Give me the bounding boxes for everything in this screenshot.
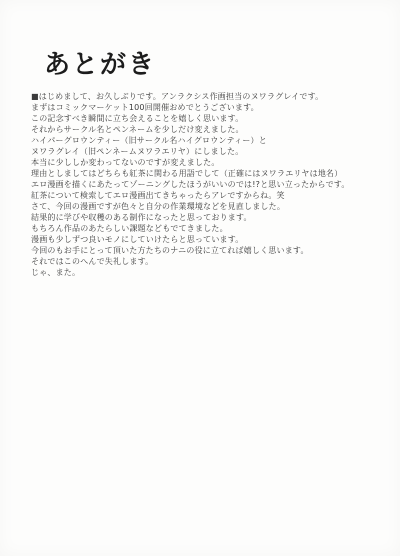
afterword-line: 結果的に学びや収穫のある制作になったと思っております。	[31, 212, 371, 223]
afterword-line: ハイパーグロウンティー（旧サークル名ハイグロウンティー）と	[31, 135, 371, 146]
afterword-line: 紅茶について検索してエロ漫画出てきちゃったらアレですからね。笑	[31, 190, 371, 201]
afterword-line: まずはコミックマーケット100回開催おめでとうございます。	[31, 102, 371, 113]
afterword-line: 理由としましてはどちらも紅茶に関わる用語でして（正確にはヌワラエリヤは地名）	[31, 168, 371, 179]
afterword-line: もちろん作品のあたらしい課題などもでてきました。	[31, 223, 371, 234]
afterword-line: じゃ、また。	[31, 267, 371, 278]
afterword-line: ■はじめまして、お久しぶりです。アンラクシス作画担当のヌワラグレイです。	[31, 91, 371, 102]
afterword-page: あとがき ■はじめまして、お久しぶりです。アンラクシス作画担当のヌワラグレイです…	[0, 0, 400, 556]
afterword-line: さて、今回の漫画ですが色々と自分の作業環境などを見直しました。	[31, 201, 371, 212]
page-title: あとがき	[44, 44, 156, 81]
afterword-line: この記念すべき瞬間に立ち会えることを嬉しく思います。	[31, 113, 371, 124]
afterword-line: ヌワラグレイ（旧ペンネームヌワラエリヤ）にしました。	[31, 146, 371, 157]
afterword-line: エロ漫画を描くにあたってゾーニングしたほうがいいのでは!?と思い立ったからです。	[31, 179, 371, 190]
afterword-body: ■はじめまして、お久しぶりです。アンラクシス作画担当のヌワラグレイです。 まずは…	[31, 91, 371, 278]
afterword-line: 今回のもお手にとって頂いた方たちのナニの役に立てれば嬉しく思います。	[31, 245, 371, 256]
afterword-line: それではこのへんで失礼します。	[31, 256, 371, 267]
afterword-line: それからサークル名とペンネームを少しだけ変えました。	[31, 124, 371, 135]
afterword-line: 漫画も少しずつ良いモノにしていけたらと思っています。	[31, 234, 371, 245]
afterword-line: 本当に少ししか変わってないのですが変えました。	[31, 157, 371, 168]
